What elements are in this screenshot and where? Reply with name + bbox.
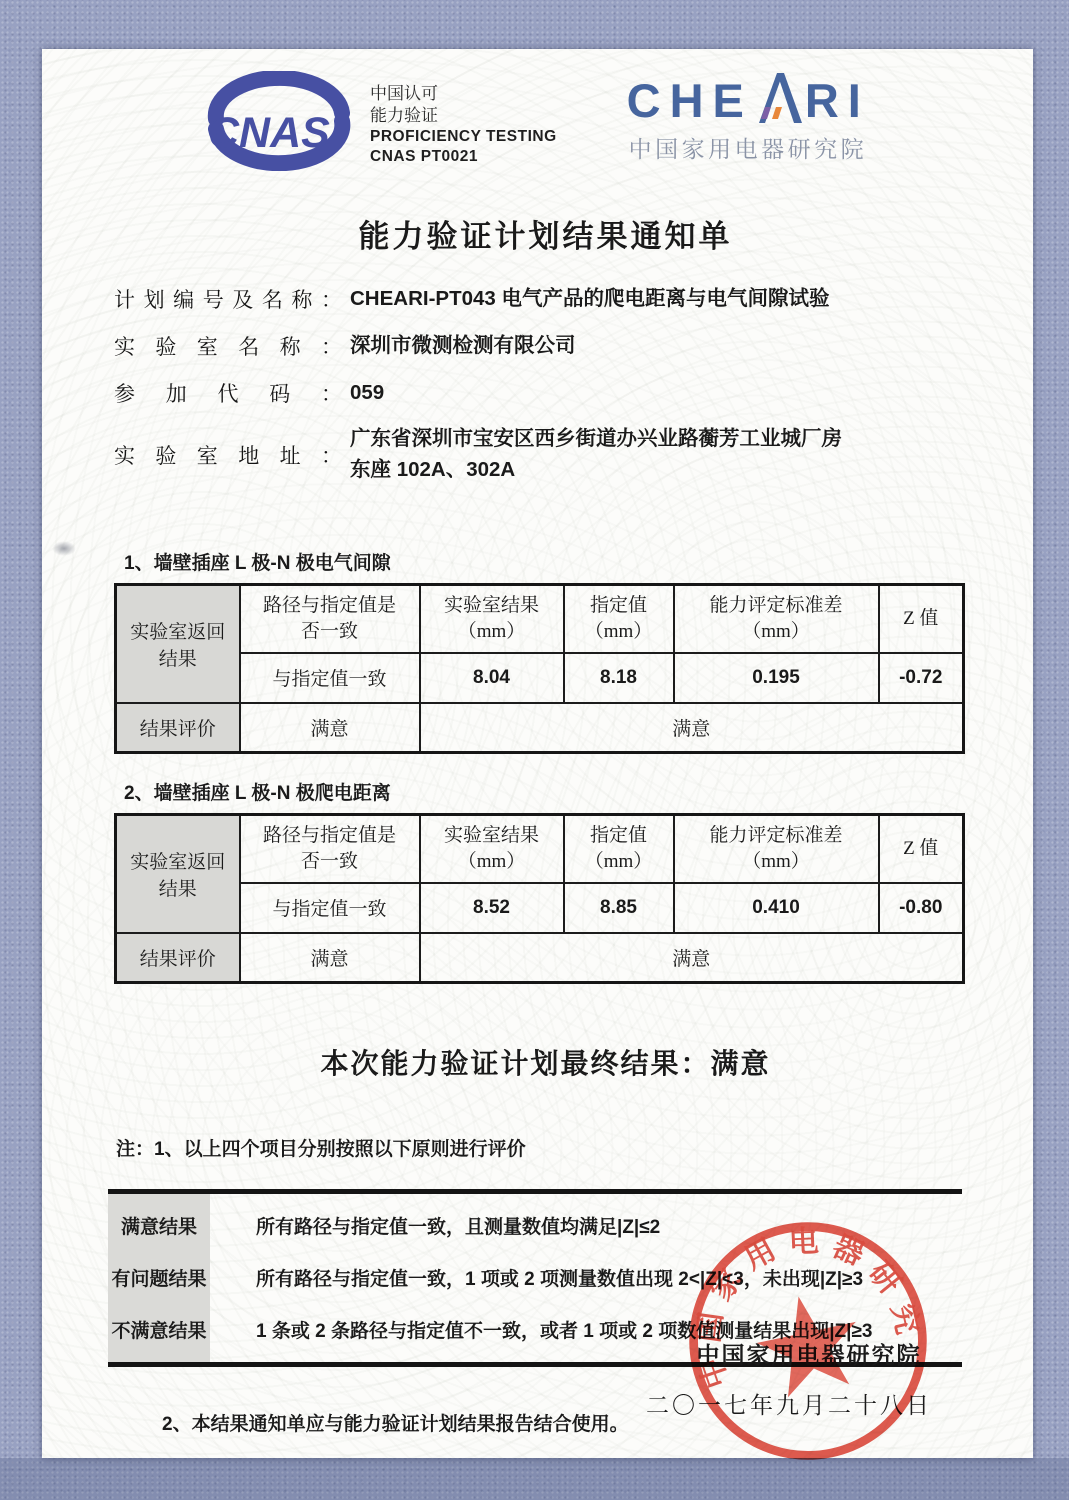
note-1: 注：1、以上四个项目分别按照以下原则进行评价: [116, 1134, 977, 1161]
table1-col-assigned-line2: （mm）: [569, 619, 669, 645]
cnas-logo-text: CNAS: [208, 109, 330, 157]
cheari-letters-left: CHE: [627, 77, 753, 124]
table1-col-stdev-line2: （mm）: [679, 619, 874, 645]
field-plan-label: 计划编号及名称：: [114, 284, 342, 314]
cheari-logo-block: CHE RI 中国家用电器研究院: [627, 71, 870, 164]
table2-col-stdev-line1: 能力评定标准差: [679, 823, 874, 849]
table1-col-path-header: 路径与指定值是 否一致: [240, 584, 420, 653]
table2-col-assigned-header: 指定值 （mm）: [564, 814, 674, 883]
field-participant-code-label: 参加代码：: [114, 378, 342, 408]
table2-col-labresult-header: 实验室结果 （mm）: [420, 814, 564, 883]
table1-eval-overall: 满意: [420, 703, 964, 753]
scanner-background-strip: [0, 1458, 1069, 1500]
table1-labresult-value: 8.04: [420, 653, 564, 703]
field-lab-name: 实验室名称： 深圳市微测检测有限公司: [114, 331, 977, 362]
header-logo-row: CNAS 中国认可 能力验证 PROFICIENCY TESTING CNAS …: [202, 71, 977, 171]
cheari-letters-right: RI: [805, 77, 870, 124]
table2-row-header: 实验室返回结果: [116, 814, 240, 933]
table2-col-path-line1: 路径与指定值是: [245, 823, 415, 849]
scanned-document-background: { "header": { "cnas_logo": "CNAS", "cnas…: [0, 0, 1069, 1500]
table2-assigned-value: 8.85: [564, 883, 674, 933]
table1-col-labresult-line1: 实验室结果: [425, 593, 559, 619]
table2-col-assigned-line1: 指定值: [569, 823, 669, 849]
table1-col-labresult-line2: （mm）: [425, 619, 559, 645]
table1-col-stdev-line1: 能力评定标准差: [679, 593, 874, 619]
table1-z-value: -0.72: [879, 653, 964, 703]
field-lab-address-value: 广东省深圳市宝安区西乡街道办兴业路蘅芳工业城厂房东座 102A、302A: [350, 424, 850, 486]
table1-col-path-line2: 否一致: [245, 619, 415, 645]
table2-z-value: -0.80: [879, 883, 964, 933]
table1-col-assigned-line1: 指定值: [569, 593, 669, 619]
document-title: 能力验证计划结果通知单: [114, 211, 977, 256]
table1-row-header: 实验室返回结果: [116, 584, 240, 703]
table2-eval-path: 满意: [240, 933, 420, 983]
field-lab-name-value: 深圳市微测检测有限公司: [350, 331, 576, 362]
cheari-wordmark: CHE RI: [627, 73, 870, 124]
table2-col-labresult-line2: （mm）: [425, 849, 559, 875]
field-participant-code: 参加代码： 059: [114, 378, 977, 409]
table1-caption: 1、墙壁插座 L 极-N 极电气间隙: [124, 548, 977, 575]
cnas-line-4: CNAS PT0021: [370, 147, 557, 167]
field-plan-value: CHEARI-PT043 电气产品的爬电距离与电气间隙试验: [350, 284, 830, 315]
table1-stdev-value: 0.195: [674, 653, 879, 703]
table1-col-labresult-header: 实验室结果 （mm）: [420, 584, 564, 653]
cheari-subtitle: 中国家用电器研究院: [627, 131, 870, 164]
table2-eval-label: 结果评价: [116, 933, 240, 983]
table1-col-assigned-header: 指定值 （mm）: [564, 584, 674, 653]
cheari-stylized-a-icon: [749, 73, 803, 123]
final-result-statement: 本次能力验证计划最终结果：满意: [114, 1042, 977, 1082]
table2-col-stdev-line2: （mm）: [679, 849, 874, 875]
field-participant-code-value: 059: [350, 378, 384, 409]
table2-col-labresult-line1: 实验室结果: [425, 823, 559, 849]
field-lab-name-label: 实验室名称：: [114, 331, 342, 361]
table1-col-z-header: Z 值: [879, 584, 964, 653]
table2-labresult-value: 8.52: [420, 883, 564, 933]
table1-col-path-line1: 路径与指定值是: [245, 593, 415, 619]
field-lab-address: 实验室地址： 广东省深圳市宝安区西乡街道办兴业路蘅芳工业城厂房东座 102A、3…: [114, 424, 977, 486]
fields-block: 计划编号及名称： CHEARI-PT043 电气产品的爬电距离与电气间隙试验 实…: [114, 284, 977, 486]
table1-eval-label: 结果评价: [116, 703, 240, 753]
table2-col-stdev-header: 能力评定标准差 （mm）: [674, 814, 879, 883]
document-page: CNAS 中国认可 能力验证 PROFICIENCY TESTING CNAS …: [42, 49, 1033, 1458]
cnas-logo-icon: CNAS: [202, 71, 354, 171]
cnas-logo-block: CNAS 中国认可 能力验证 PROFICIENCY TESTING CNAS …: [202, 71, 557, 171]
seal-star-icon: [749, 1286, 868, 1401]
table2-col-path-line2: 否一致: [245, 849, 415, 875]
table2-path-value: 与指定值一致: [240, 883, 420, 933]
cnas-line-1: 中国认可: [370, 83, 557, 105]
result-table-1: 实验室返回结果 路径与指定值是 否一致 实验室结果 （mm） 指定值 （mm） …: [114, 583, 965, 754]
table2-col-z-header: Z 值: [879, 814, 964, 883]
criteria-satisfactory-text: 所有路径与指定值一致，且测量数值均满足|Z|≤2: [210, 1212, 660, 1239]
cnas-text-block: 中国认可 能力验证 PROFICIENCY TESTING CNAS PT002…: [370, 71, 557, 171]
table2-caption: 2、墙壁插座 L 极-N 极爬电距离: [124, 778, 977, 805]
table1-eval-path: 满意: [240, 703, 420, 753]
result-table-2: 实验室返回结果 路径与指定值是 否一致 实验室结果 （mm） 指定值 （mm） …: [114, 813, 965, 984]
official-seal-stamp: 中国家用电器研究院: [659, 1192, 958, 1491]
cnas-line-3: PROFICIENCY TESTING: [370, 127, 557, 147]
table1-assigned-value: 8.18: [564, 653, 674, 703]
cnas-line-2: 能力验证: [370, 105, 557, 127]
criteria-questionable-label: 有问题结果: [108, 1264, 210, 1291]
table2-eval-overall: 满意: [420, 933, 964, 983]
table1-col-stdev-header: 能力评定标准差 （mm）: [674, 584, 879, 653]
criteria-satisfactory-label: 满意结果: [108, 1212, 210, 1239]
table2-stdev-value: 0.410: [674, 883, 879, 933]
criteria-unsatisfactory-label: 不满意结果: [108, 1316, 210, 1343]
table2-col-assigned-line2: （mm）: [569, 849, 669, 875]
field-plan: 计划编号及名称： CHEARI-PT043 电气产品的爬电距离与电气间隙试验: [114, 284, 977, 315]
table1-path-value: 与指定值一致: [240, 653, 420, 703]
field-lab-address-label: 实验室地址：: [114, 440, 342, 470]
table2-col-path-header: 路径与指定值是 否一致: [240, 814, 420, 883]
